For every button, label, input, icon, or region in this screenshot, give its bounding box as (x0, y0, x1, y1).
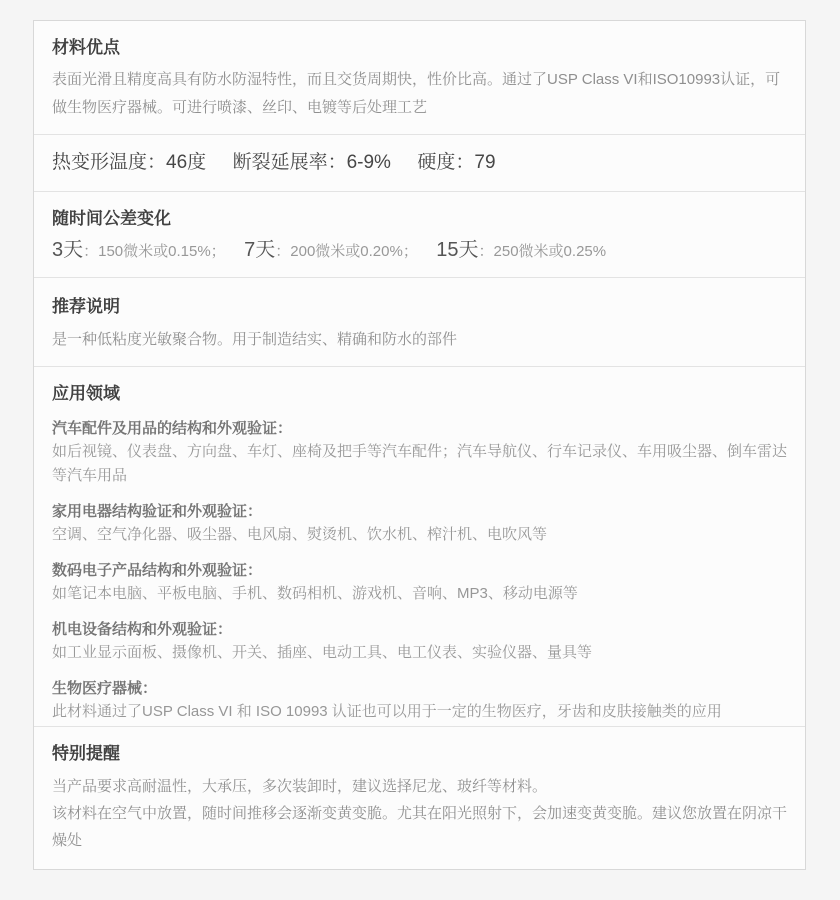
app-group-desc: 如笔记本电脑、平板电脑、手机、数码相机、游戏机、音响、MP3、移动电源等 (52, 582, 787, 606)
tolerance-line: 3天：150微米或0.15%； 7天：200微米或0.20%； 15天：250微… (52, 235, 787, 267)
notice-line-materials: 当产品要求高耐温性，大承压，多次装卸时，建议选择尼龙、玻纤等材料。 (52, 773, 787, 800)
stat-elongation: 断裂延展率：6-9% (233, 152, 391, 173)
app-group-electromechanical: 机电设备结构和外观验证： 如工业显示面板、摄像机、开关、插座、电动工具、电工仪表… (52, 618, 787, 665)
app-group-desc: 此材料通过了USP Class VI 和 ISO 10993 认证也可以用于一定… (52, 700, 787, 724)
section-recommendation: 推荐说明 是一种低粘度光敏聚合物。用于制造结实、精确和防水的部件 (34, 277, 805, 366)
advantages-body: 表面光滑且精度高具有防水防湿特性，而且交货周期快，性价比高。通过了USP Cla… (52, 66, 787, 122)
tolerance-period-7day: 7天 (244, 239, 275, 261)
app-group-label: 机电设备结构和外观验证： (52, 618, 787, 641)
material-detail-panel: 材料优点 表面光滑且精度高具有防水防湿特性，而且交货周期快，性价比高。通过了US… (33, 20, 806, 870)
tolerance-title: 随时间公差变化 (52, 208, 787, 230)
app-group-desc: 如后视镜、仪表盘、方向盘、车灯、座椅及把手等汽车配件；汽车导航仪、行车记录仪、车… (52, 440, 787, 488)
tolerance-value-3day: ：150微米或0.15%； (83, 243, 226, 260)
notice-title: 特别提醒 (52, 743, 787, 765)
app-group-label: 汽车配件及用品的结构和外观验证： (52, 417, 787, 440)
section-physical-properties: 热变形温度：46度 断裂延展率：6-9% 硬度：79 (34, 134, 805, 191)
app-group-biomedical: 生物医疗器械： 此材料通过了USP Class VI 和 ISO 10993 认… (52, 677, 787, 724)
recommendation-title: 推荐说明 (52, 296, 787, 318)
section-material-advantages: 材料优点 表面光滑且精度高具有防水防湿特性，而且交货周期快，性价比高。通过了US… (34, 21, 805, 134)
stat-hardness: 硬度：79 (417, 152, 495, 173)
app-group-label: 生物医疗器械： (52, 677, 787, 700)
section-special-notice: 特别提醒 当产品要求高耐温性，大承压，多次装卸时，建议选择尼龙、玻纤等材料。 该… (34, 726, 805, 869)
app-group-desc: 如工业显示面板、摄像机、开关、插座、电动工具、电工仪表、实验仪器、量具等 (52, 641, 787, 665)
section-application-fields: 应用领域 汽车配件及用品的结构和外观验证： 如后视镜、仪表盘、方向盘、车灯、座椅… (34, 366, 805, 726)
recommendation-body: 是一种低粘度光敏聚合物。用于制造结实、精确和防水的部件 (52, 328, 787, 352)
stat-heat-deflection: 热变形温度：46度 (52, 152, 206, 173)
app-group-digital-electronics: 数码电子产品结构和外观验证： 如笔记本电脑、平板电脑、手机、数码相机、游戏机、音… (52, 559, 787, 606)
app-group-label: 数码电子产品结构和外观验证： (52, 559, 787, 582)
app-group-label: 家用电器结构验证和外观验证： (52, 500, 787, 523)
app-group-home-appliance: 家用电器结构验证和外观验证： 空调、空气净化器、吸尘器、电风扇、熨烫机、饮水机、… (52, 500, 787, 547)
notice-line-storage: 该材料在空气中放置，随时间推移会逐渐变黄变脆。尤其在阳光照射下，会加速变黄变脆。… (52, 800, 787, 854)
tolerance-period-15day: 15天 (436, 239, 478, 261)
tolerance-value-7day: ：200微米或0.20%； (275, 243, 418, 260)
tolerance-value-15day: ：250微米或0.25% (479, 243, 607, 260)
advantages-title: 材料优点 (52, 37, 787, 59)
section-tolerance-over-time: 随时间公差变化 3天：150微米或0.15%； 7天：200微米或0.20%； … (34, 191, 805, 277)
applications-title: 应用领域 (52, 383, 787, 405)
tolerance-period-3day: 3天 (52, 239, 83, 261)
app-group-automotive: 汽车配件及用品的结构和外观验证： 如后视镜、仪表盘、方向盘、车灯、座椅及把手等汽… (52, 417, 787, 488)
app-group-desc: 空调、空气净化器、吸尘器、电风扇、熨烫机、饮水机、榨汁机、电吹风等 (52, 523, 787, 547)
